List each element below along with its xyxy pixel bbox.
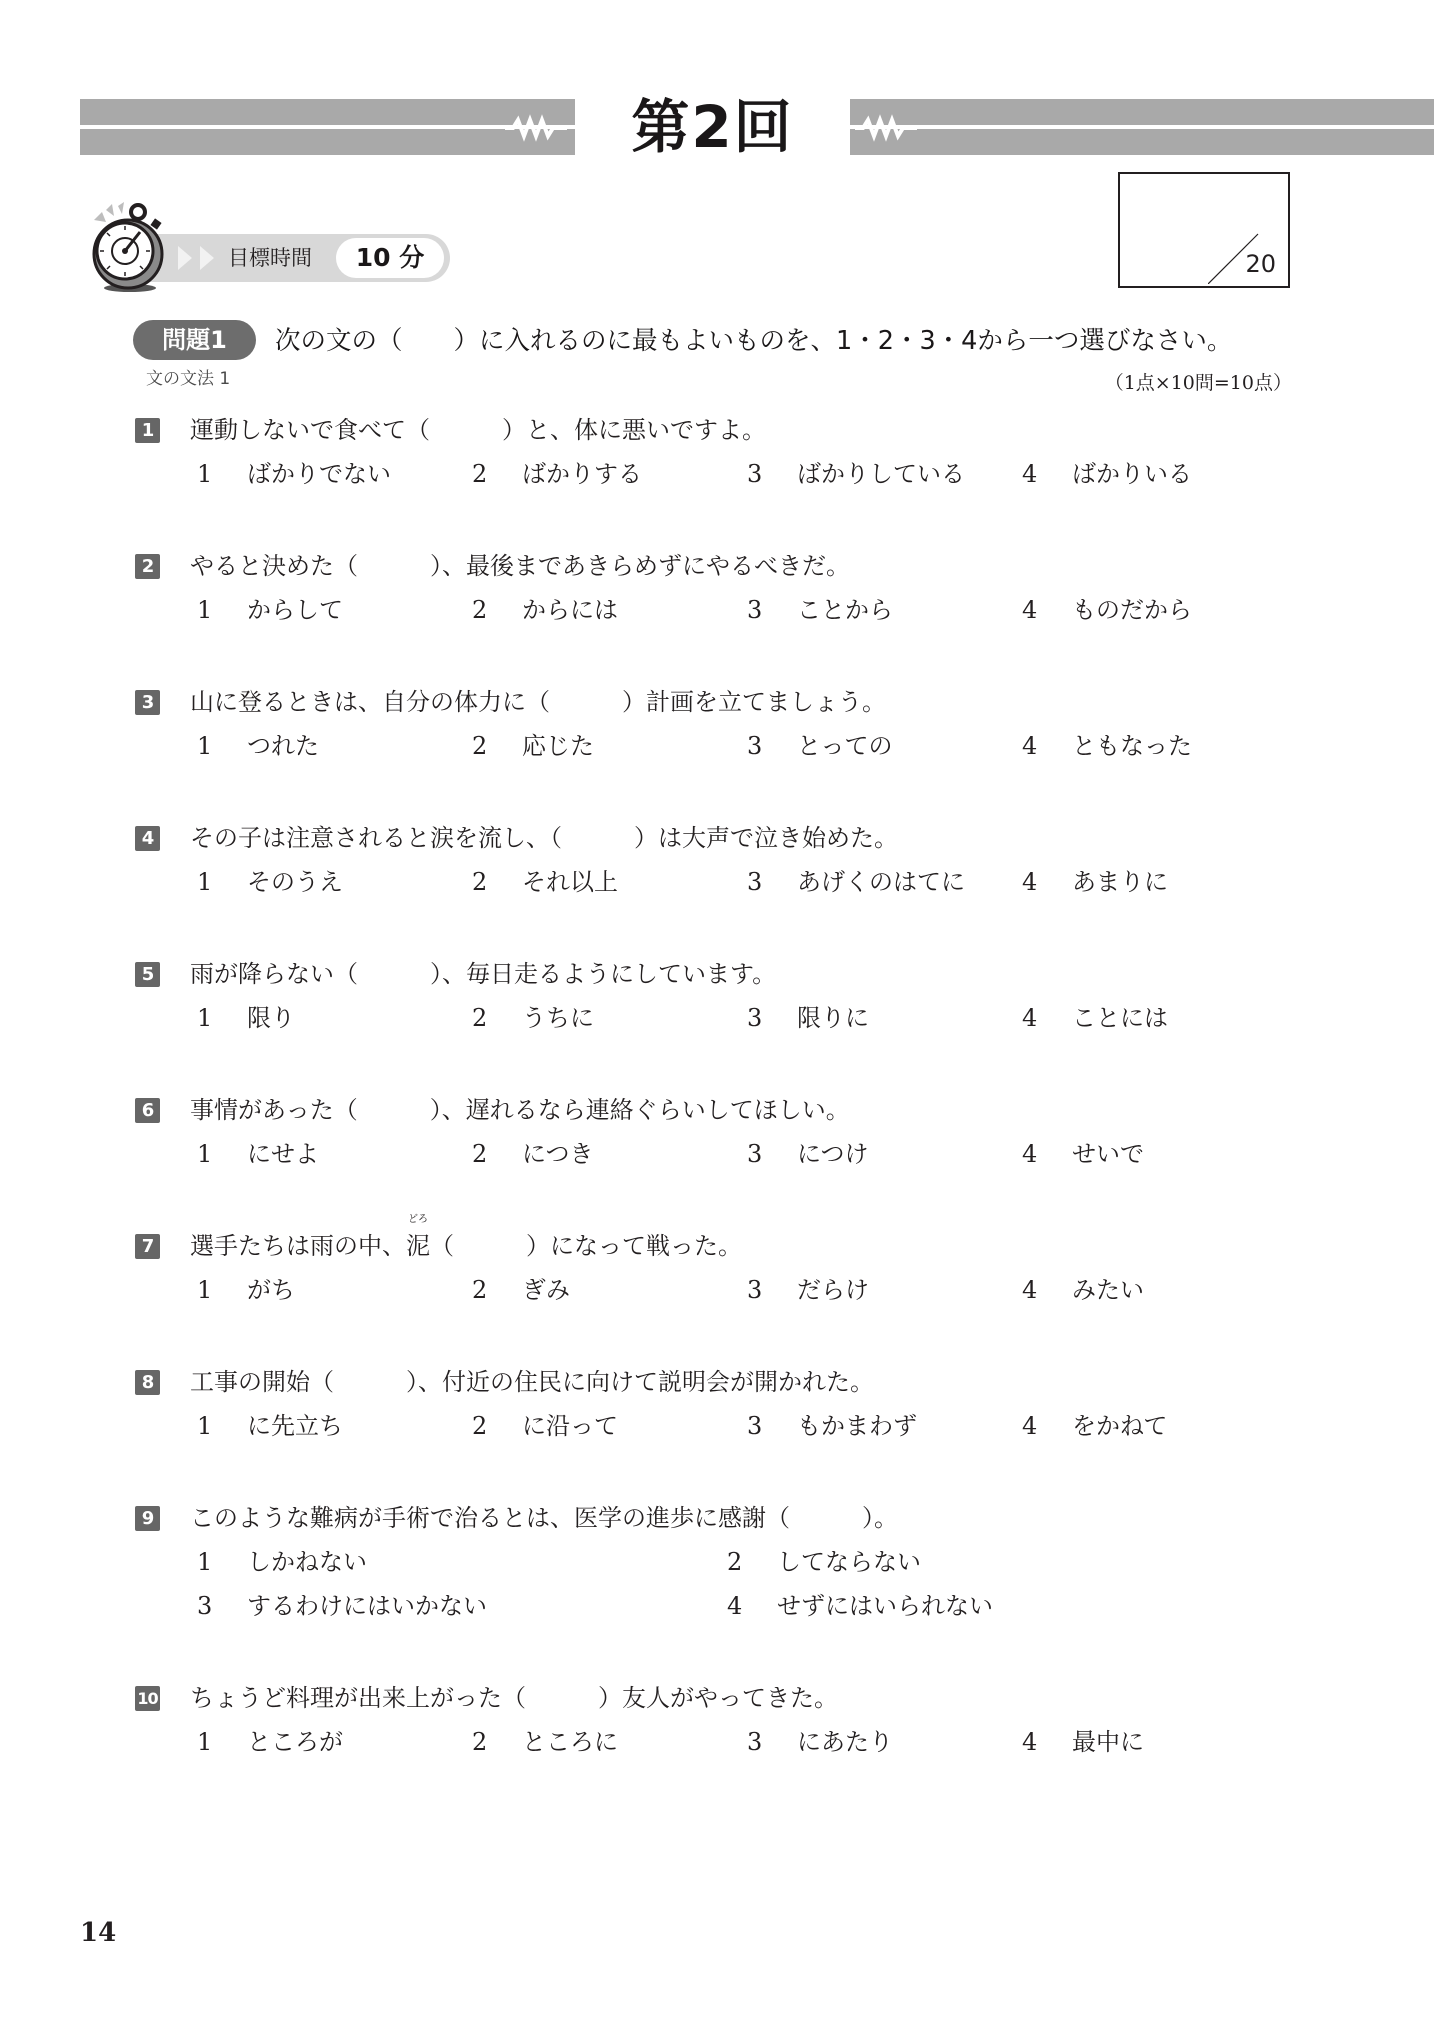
- title-bar-left: [80, 99, 575, 155]
- furigana: どろ: [406, 1214, 430, 1226]
- question-number: 5: [135, 962, 160, 987]
- option-4[interactable]: 4みたい: [1022, 1274, 1144, 1306]
- option-2[interactable]: 2につき: [472, 1138, 594, 1170]
- option-4[interactable]: 4せいで: [1022, 1138, 1144, 1170]
- option-3[interactable]: 3あげくのはてに: [747, 866, 965, 898]
- score-total: 20: [1245, 250, 1276, 278]
- target-time-label: 目標時間: [228, 240, 312, 276]
- option-2[interactable]: 2うちに: [472, 1002, 594, 1034]
- target-time-value: 10 分: [336, 238, 444, 278]
- problem-badge: 問題1: [133, 320, 256, 360]
- option-3[interactable]: 3ばかりしている: [747, 458, 965, 490]
- question-number: 4: [135, 826, 160, 851]
- question-number: 10: [135, 1686, 160, 1711]
- question-number: 2: [135, 554, 160, 579]
- question-text: その子は注意されると涙を流し、（ ）は大声で泣き始めた。: [190, 822, 898, 854]
- zigzag-decoration-right: [855, 114, 917, 142]
- question-text: 運動しないで食べて（ ）と、体に悪いですよ。: [190, 414, 766, 446]
- option-4[interactable]: 4ことには: [1022, 1002, 1168, 1034]
- question-number: 1: [135, 418, 160, 443]
- option-3[interactable]: 3するわけにはいかない: [197, 1590, 487, 1622]
- page-title: 第2回: [610, 92, 815, 162]
- question-text: 事情があった（ ）、遅れるなら連絡ぐらいしてほしい。: [190, 1094, 850, 1126]
- ruby-word: どろ泥: [406, 1230, 430, 1262]
- option-2[interactable]: 2ぎみ: [472, 1274, 570, 1306]
- option-4[interactable]: 4最中に: [1022, 1726, 1144, 1758]
- option-2[interactable]: 2それ以上: [472, 866, 618, 898]
- question-text: このような難病が手術で治るとは、医学の進歩に感謝（ ）。: [190, 1502, 898, 1534]
- score-box: 20: [1118, 172, 1290, 288]
- option-3[interactable]: 3とっての: [747, 730, 893, 762]
- question-text: ちょうど料理が出来上がった（ ）友人がやってきた。: [190, 1682, 838, 1714]
- option-2[interactable]: 2に沿って: [472, 1410, 618, 1442]
- option-1[interactable]: 1しかねない: [197, 1546, 367, 1578]
- question-text: 山に登るときは、自分の体力に（ ）計画を立てましょう。: [190, 686, 886, 718]
- option-1[interactable]: 1からして: [197, 594, 343, 626]
- option-2[interactable]: 2してならない: [727, 1546, 921, 1578]
- chevron-right-icon: [200, 246, 214, 270]
- option-3[interactable]: 3にあたり: [747, 1726, 893, 1758]
- option-3[interactable]: 3限りに: [747, 1002, 869, 1034]
- option-1[interactable]: 1にせよ: [197, 1138, 319, 1170]
- option-4[interactable]: 4ものだから: [1022, 594, 1192, 626]
- problem-instruction: 次の文の（ ）に入れるのに最もよいものを、1・2・3・4から一つ選びなさい。: [275, 322, 1232, 360]
- option-2[interactable]: 2ばかりする: [472, 458, 642, 490]
- option-1[interactable]: 1ところが: [197, 1726, 343, 1758]
- option-4[interactable]: 4あまりに: [1022, 866, 1168, 898]
- option-2[interactable]: 2ところに: [472, 1726, 618, 1758]
- option-1[interactable]: 1がち: [197, 1274, 295, 1306]
- question-number: 7: [135, 1234, 160, 1259]
- question-text: 雨が降らない（ ）、毎日走るようにしています。: [190, 958, 776, 990]
- page-number: 14: [80, 1918, 116, 1948]
- option-3[interactable]: 3につけ: [747, 1138, 869, 1170]
- option-3[interactable]: 3もかまわず: [747, 1410, 917, 1442]
- option-3[interactable]: 3ことから: [747, 594, 893, 626]
- option-1[interactable]: 1つれた: [197, 730, 319, 762]
- option-2[interactable]: 2応じた: [472, 730, 594, 762]
- option-1[interactable]: 1に先立ち: [197, 1410, 343, 1442]
- zigzag-decoration-left: [505, 114, 567, 142]
- option-4[interactable]: 4ともなった: [1022, 730, 1192, 762]
- option-1[interactable]: 1限り: [197, 1002, 295, 1034]
- option-4[interactable]: 4をかねて: [1022, 1410, 1167, 1442]
- score-note: （1点×10問=10点）: [1105, 368, 1292, 395]
- question-text: やると決めた（ ）、最後まであきらめずにやるべきだ。: [190, 550, 850, 582]
- question-number: 3: [135, 690, 160, 715]
- option-1[interactable]: 1そのうえ: [197, 866, 343, 898]
- question-number: 9: [135, 1506, 160, 1531]
- question-text: 工事の開始（ ）、付近の住民に向けて説明会が開かれた。: [190, 1366, 874, 1398]
- option-4[interactable]: 4ばかりいる: [1022, 458, 1192, 490]
- problem-category: 文の文法 1: [146, 364, 230, 389]
- stopwatch-icon: [88, 198, 172, 294]
- option-2[interactable]: 2からには: [472, 594, 618, 626]
- title-bar-right: [850, 99, 1434, 155]
- option-1[interactable]: 1ばかりでない: [197, 458, 391, 490]
- option-4[interactable]: 4せずにはいられない: [727, 1590, 993, 1622]
- question-number: 6: [135, 1098, 160, 1123]
- question-number: 8: [135, 1370, 160, 1395]
- option-3[interactable]: 3だらけ: [747, 1274, 869, 1306]
- question-text: 選手たちは雨の中、どろ泥（ ）になって戦った。: [190, 1230, 742, 1262]
- chevron-right-icon: [178, 246, 192, 270]
